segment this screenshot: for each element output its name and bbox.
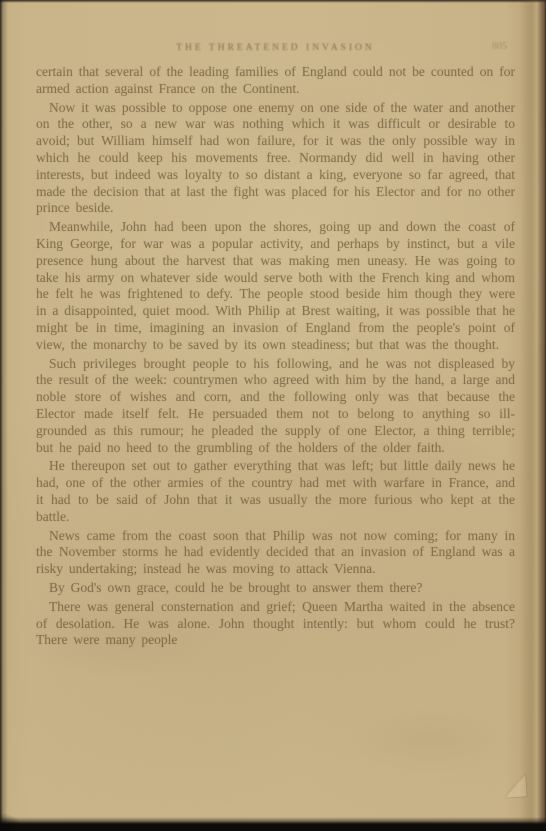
photo-edge-left (0, 0, 8, 831)
paragraph: He thereupon set out to gather everythin… (36, 458, 515, 525)
paragraph: Now it was possible to oppose one enemy … (36, 100, 515, 218)
photo-edge-bottom (0, 817, 546, 831)
photo-edge-top (0, 0, 546, 3)
page-number: 805 (492, 41, 507, 52)
paragraph: Meanwhile, John had been upon the shores… (36, 219, 515, 353)
scanned-book-page-photo: THE THREATENED INVASION 805 certain that… (0, 0, 546, 831)
paragraph: certain that several of the leading fami… (36, 64, 515, 98)
paragraph: News came from the coast soon that Phili… (36, 528, 515, 578)
running-head: THE THREATENED INVASION 805 (36, 41, 515, 55)
paragraph: Such privileges brought people to his fo… (36, 356, 515, 457)
paragraph: By God's own grace, could he be brought … (36, 580, 515, 597)
running-title: THE THREATENED INVASION (36, 43, 515, 53)
body-text: certain that several of the leading fami… (36, 64, 515, 651)
photo-corner-shadow (0, 805, 34, 831)
photo-edge-right (520, 0, 546, 831)
paragraph: There was general consternation and grie… (36, 599, 515, 649)
